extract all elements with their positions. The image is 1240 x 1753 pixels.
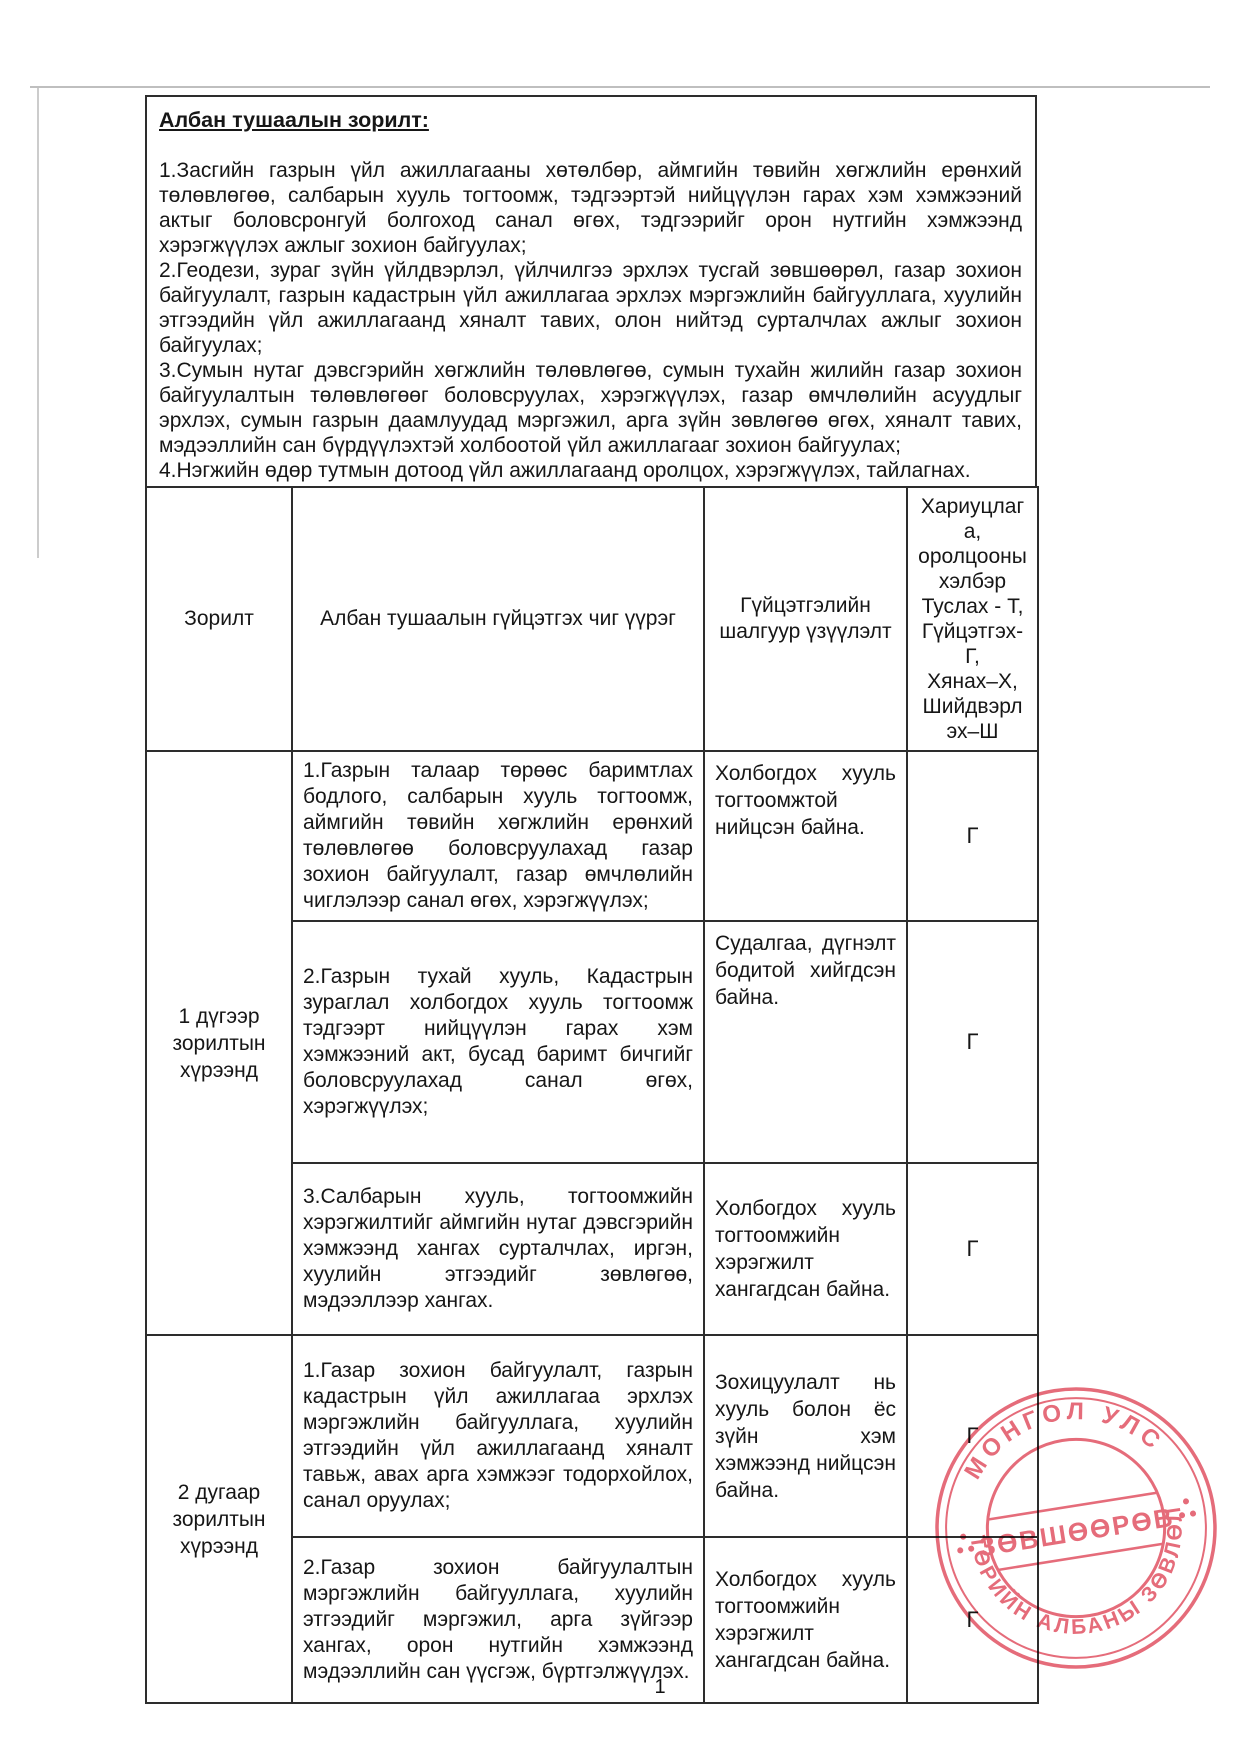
table-row: 2 дугаар зорилтын хүрээнд 1.Газар зохион…	[146, 1335, 1038, 1537]
duty-cell: 2.Газрын тухай хууль, Кадастрын зураглал…	[292, 921, 704, 1163]
mark-cell: Г	[907, 751, 1038, 921]
duty-cell: 1.Газар зохион байгуулалт, газрын кадаст…	[292, 1335, 704, 1537]
header-responsibility: Хариуцлага, оролцооны хэлбэр Туслах - Т,…	[907, 487, 1038, 751]
stamp-right-ornament	[1177, 1497, 1197, 1519]
table-row: 1 дүгээр зорилтын хүрээнд 1.Газрын талаа…	[146, 751, 1038, 921]
table-header-row: Зорилт Албан тушаалын гүйцэтгэх чиг үүрэ…	[146, 487, 1038, 751]
scan-artifact-line	[30, 86, 1210, 88]
intro-paragraph-2: 2.Геодези, зураг зүйн үйлдвэрлэл, үйлчил…	[159, 258, 1022, 358]
header-criteria: Гүйцэтгэлийн шалгуур үзүүлэлт	[704, 487, 907, 751]
criteria-cell: Судалгаа, дүгнэлт бодитой хийгдсэн байна…	[704, 921, 907, 1163]
goal-group-2: 2 дугаар зорилтын хүрээнд	[146, 1335, 292, 1703]
scan-artifact-line	[37, 88, 39, 558]
duty-cell: 3.Салбарын хууль, тогтоомжийн хэрэгжилти…	[292, 1163, 704, 1335]
header-goal: Зорилт	[146, 487, 292, 751]
criteria-cell: Зохицуулалт нь хууль болон ёс зүйн хэм х…	[704, 1335, 907, 1537]
header-duties: Албан тушаалын гүйцэтгэх чиг үүрэг	[292, 487, 704, 751]
page-number: 1	[640, 1676, 680, 1699]
duties-table: Зорилт Албан тушаалын гүйцэтгэх чиг үүрэ…	[145, 486, 1039, 1704]
intro-paragraph-4: 4.Нэгжийн өдөр тутмын дотоод үйл ажиллаг…	[159, 458, 1022, 483]
duty-cell: 1.Газрын талаар төрөөс баримтлах бодлого…	[292, 751, 704, 921]
document-content: Албан тушаалын зорилт: 1.Засгийн газрын …	[145, 95, 1037, 1704]
mark-cell: Г	[907, 921, 1038, 1163]
criteria-cell: Холбогдох хууль тогтоомжийн хэрэгжилт ха…	[704, 1537, 907, 1703]
document-page: Албан тушаалын зорилт: 1.Засгийн газрын …	[0, 0, 1240, 1753]
intro-paragraph-3: 3.Сумын нутаг дэвсгэрийн хөгжлийн төлөвл…	[159, 358, 1022, 458]
goal-group-1: 1 дүгээр зорилтын хүрээнд	[146, 751, 292, 1335]
mark-cell: Г	[907, 1335, 1038, 1537]
intro-paragraph-1: 1.Засгийн газрын үйл ажиллагааны хөтөлбө…	[159, 158, 1022, 258]
criteria-cell: Холбогдох хууль тогтоомжийн хэрэгжилт ха…	[704, 1163, 907, 1335]
criteria-cell: Холбогдох хууль тогтоомжтой нийцсэн байн…	[704, 751, 907, 921]
mark-cell: Г	[907, 1537, 1038, 1703]
mark-cell: Г	[907, 1163, 1038, 1335]
section-title: Албан тушаалын зорилт:	[159, 108, 1022, 133]
intro-section: Албан тушаалын зорилт: 1.Засгийн газрын …	[145, 95, 1037, 488]
